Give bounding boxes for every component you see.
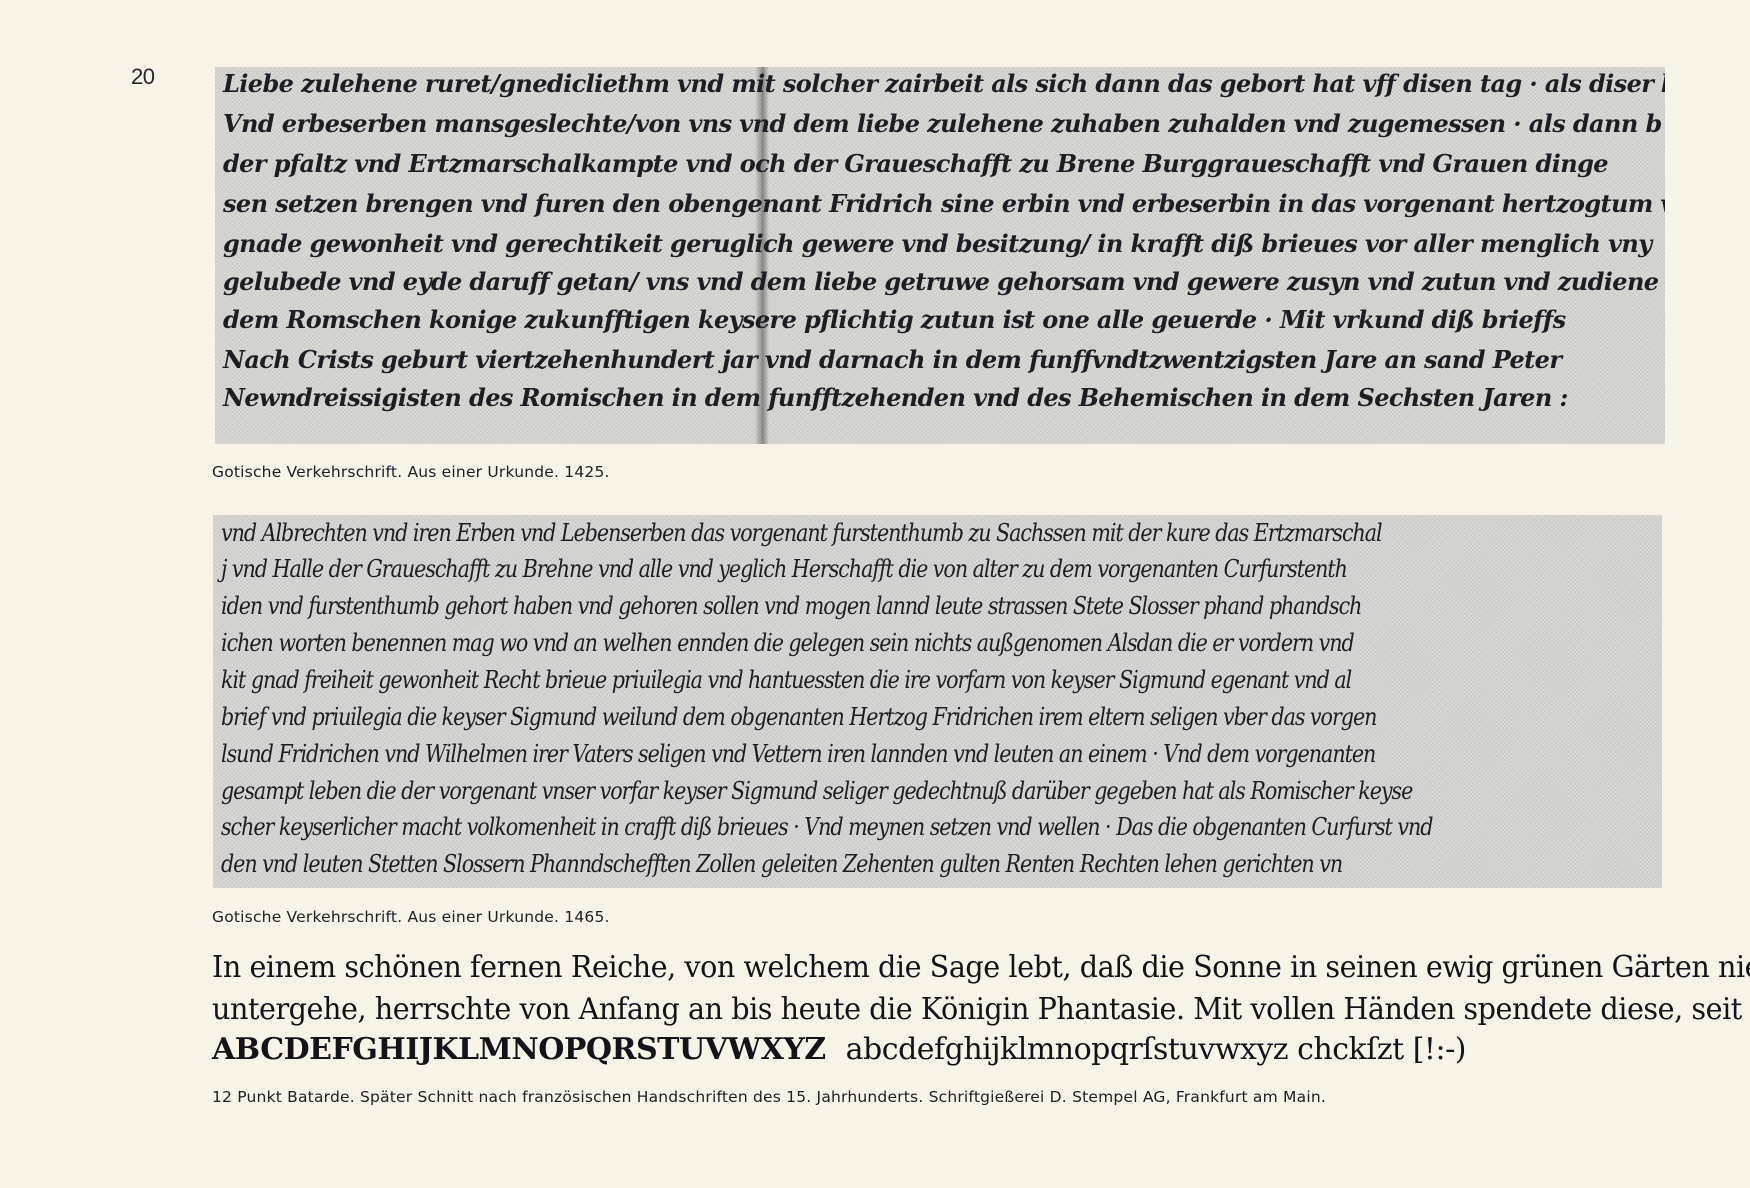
lowercase-alphabet: abcdefghijklmnopqrſstuvwxyz chckſzt [!:-… [846,1032,1466,1067]
page-number: 20 [131,64,154,90]
manuscript-line: sen setzen brengen vnd furen den obengen… [223,189,1665,218]
manuscript-line: ichen worten benennen mag wo vnd an welh… [221,629,1354,657]
manuscript-line: Nach Crists geburt viertzehenhundert jar… [223,345,1561,374]
manuscript-line: Vnd erbeserben mansgeslechte/von vns vnd… [223,109,1662,138]
manuscript-line: gesampt leben die der vorgenant vnser vo… [221,777,1412,805]
manuscript-plate-1425: Liebe zulehene ruret/gnedicliethm vnd mi… [215,67,1665,444]
manuscript-line: scher keyserlicher macht volkomenheit in… [221,813,1432,841]
specimen-alphabet: ABCDEFGHIJKLMNOPQRSTUVWXYZ abcdefghijklm… [212,1032,1466,1067]
manuscript-line: gnade gewonheit vnd gerechtikeit gerugli… [223,229,1652,258]
manuscript-line: dem Romschen konige zukunfftigen keysere… [223,305,1566,334]
figure-caption-1425: Gotische Verkehrschrift. Aus einer Urkun… [212,463,610,481]
manuscript-line: den vnd leuten Stetten Slossern Phanndsc… [221,850,1342,878]
manuscript-line: kit gnad freiheit gewonheit Recht brieue… [221,666,1351,694]
figure-caption-1465: Gotische Verkehrschrift. Aus einer Urkun… [212,908,610,926]
specimen-text-line: In einem schönen fernen Reiche, von welc… [212,950,1750,985]
specimen-caption: 12 Punkt Batarde. Später Schnitt nach fr… [212,1088,1326,1106]
manuscript-line: lsund Fridrichen vnd Wilhelmen irer Vate… [221,740,1375,768]
manuscript-line: j vnd Halle der Graueschafft zu Brehne v… [221,555,1347,583]
manuscript-line: Newndreissigisten des Romischen in dem f… [223,383,1568,412]
manuscript-line: brief vnd priuilegia die keyser Sigmund … [221,703,1376,731]
manuscript-line: gelubede vnd eyde daruff getan/ vns vnd … [223,267,1658,296]
manuscript-plate-1465: vnd Albrechten vnd iren Erben vnd Lebens… [213,515,1662,888]
manuscript-line: vnd Albrechten vnd iren Erben vnd Lebens… [221,519,1382,547]
manuscript-line: der pfaltz vnd Ertzmarschalkampte vnd oc… [223,149,1608,178]
uppercase-alphabet: ABCDEFGHIJKLMNOPQRSTUVWXYZ [212,1032,826,1067]
specimen-text-line: untergehe, herrschte von Anfang an bis h… [212,992,1742,1027]
manuscript-line: iden vnd furstenthumb gehort haben vnd g… [221,592,1361,620]
manuscript-line: Liebe zulehene ruret/gnedicliethm vnd mi… [223,69,1665,98]
